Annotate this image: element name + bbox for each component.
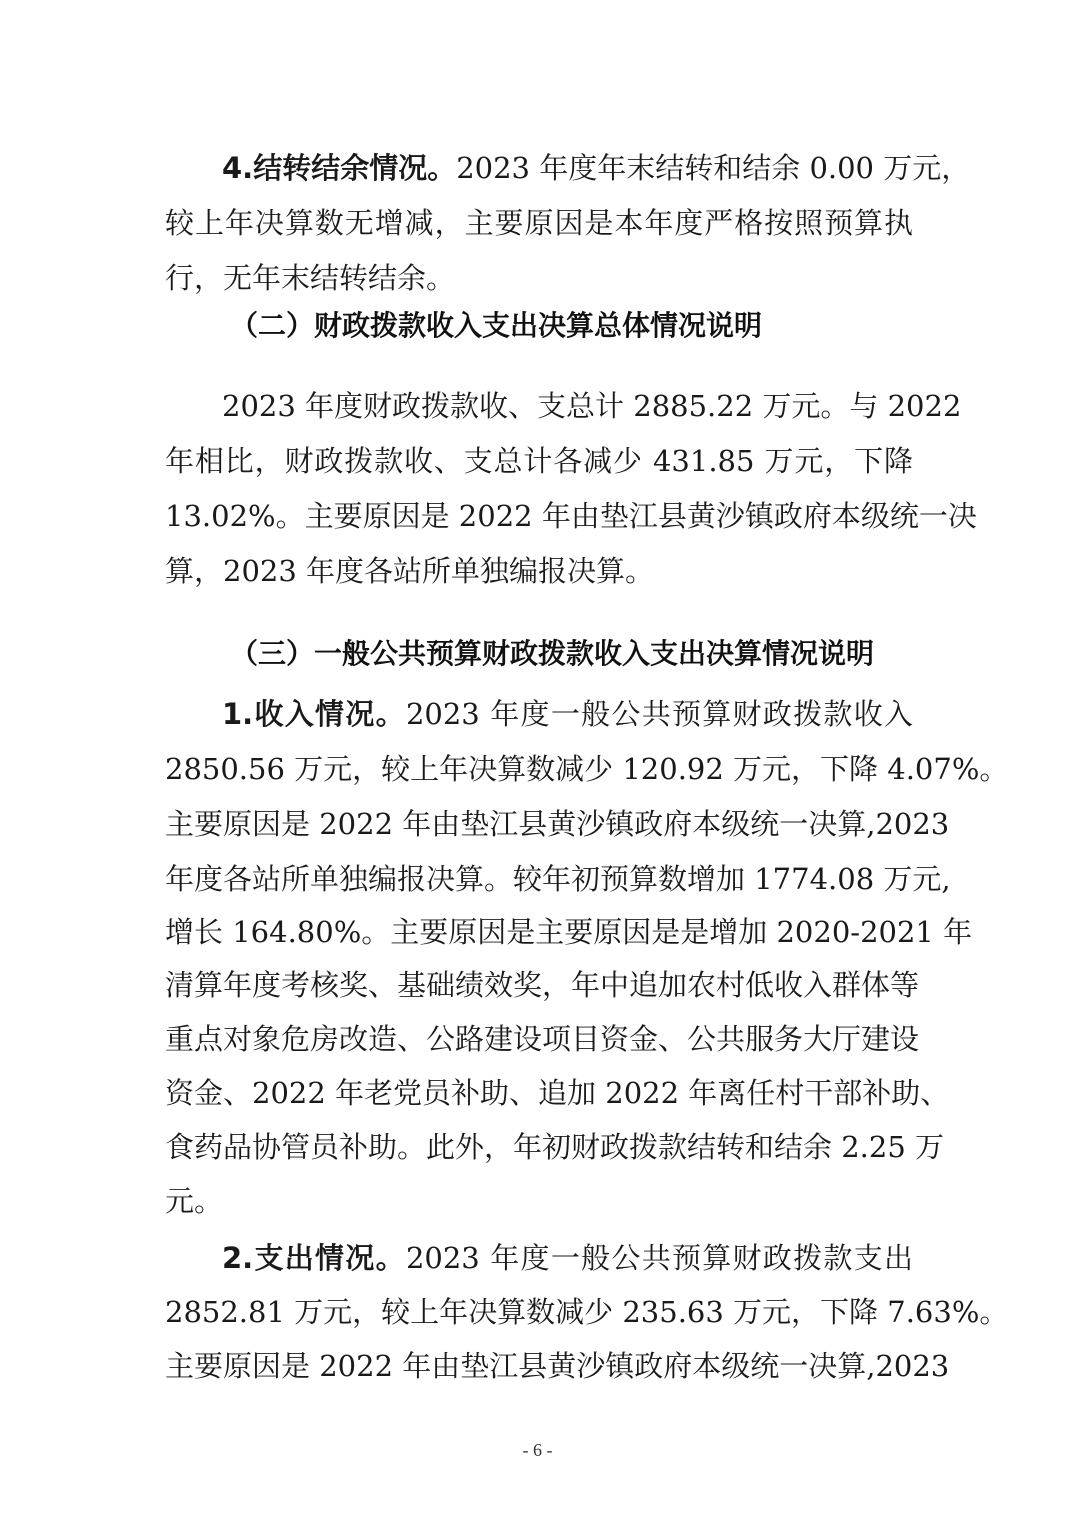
paragraph-line: 4.结转结余情况。2023 年度年末结转和结余 0.00 万元， bbox=[222, 148, 913, 188]
paragraph-line: 算，2023 年度各站所单独编报决算。 bbox=[165, 551, 913, 591]
section-heading-2: （二）财政拨款收入支出决算总体情况说明 bbox=[230, 306, 762, 346]
section-heading-3: （三）一般公共预算财政拨款收入支出决算情况说明 bbox=[230, 634, 874, 674]
paragraph-line: 2852.81 万元，较上年决算数减少 235.63 万元，下降 7.63%。 bbox=[165, 1292, 913, 1332]
paragraph-line: 年相比，财政拨款收、支总计各减少 431.85 万元，下降 bbox=[165, 441, 913, 481]
paragraph-line: 1.收入情况。2023 年度一般公共预算财政拨款收入 bbox=[222, 694, 913, 734]
paragraph-line: 13.02%。主要原因是 2022 年由垫江县黄沙镇政府本级统一决 bbox=[165, 496, 913, 536]
paragraph-line: 2850.56 万元，较上年决算数减少 120.92 万元，下降 4.07%。 bbox=[165, 749, 913, 789]
paragraph-line: 2.支出情况。2023 年度一般公共预算财政拨款支出 bbox=[222, 1238, 913, 1278]
income-lead: 1.收入情况。 bbox=[222, 697, 406, 731]
paragraph-line: 增长 164.80%。主要原因是主要原因是是增加 2020-2021 年 bbox=[165, 912, 913, 952]
paragraph-line: 清算年度考核奖、基础绩效奖，年中追加农村低收入群体等 bbox=[165, 965, 913, 1005]
section-4-lead: 4.结转结余情况。 bbox=[222, 151, 456, 185]
paragraph-line: 重点对象危房改造、公路建设项目资金、公共服务大厅建设 bbox=[165, 1019, 913, 1059]
paragraph-line: 较上年决算数无增减，主要原因是本年度严格按照预算执 bbox=[165, 203, 913, 243]
paragraph-line: 资金、2022 年老党员补助、追加 2022 年离任村干部补助、 bbox=[165, 1073, 913, 1113]
paragraph-line: 主要原因是 2022 年由垫江县黄沙镇政府本级统一决算,2023 bbox=[165, 1346, 913, 1386]
expenditure-lead: 2.支出情况。 bbox=[222, 1241, 406, 1275]
paragraph-line: 2023 年度财政拨款收、支总计 2885.22 万元。与 2022 bbox=[222, 386, 913, 426]
page-number: - 6 - bbox=[0, 1440, 1075, 1461]
paragraph-line: 行，无年末结转结余。 bbox=[165, 258, 913, 298]
paragraph-line: 食药品协管员补助。此外，年初财政拨款结转和结余 2.25 万 bbox=[165, 1127, 913, 1167]
paragraph-line: 主要原因是 2022 年由垫江县黄沙镇政府本级统一决算,2023 bbox=[165, 804, 913, 844]
paragraph-line: 元。 bbox=[165, 1181, 913, 1221]
paragraph-line: 年度各站所单独编报决算。较年初预算数增加 1774.08 万元, bbox=[165, 859, 913, 899]
